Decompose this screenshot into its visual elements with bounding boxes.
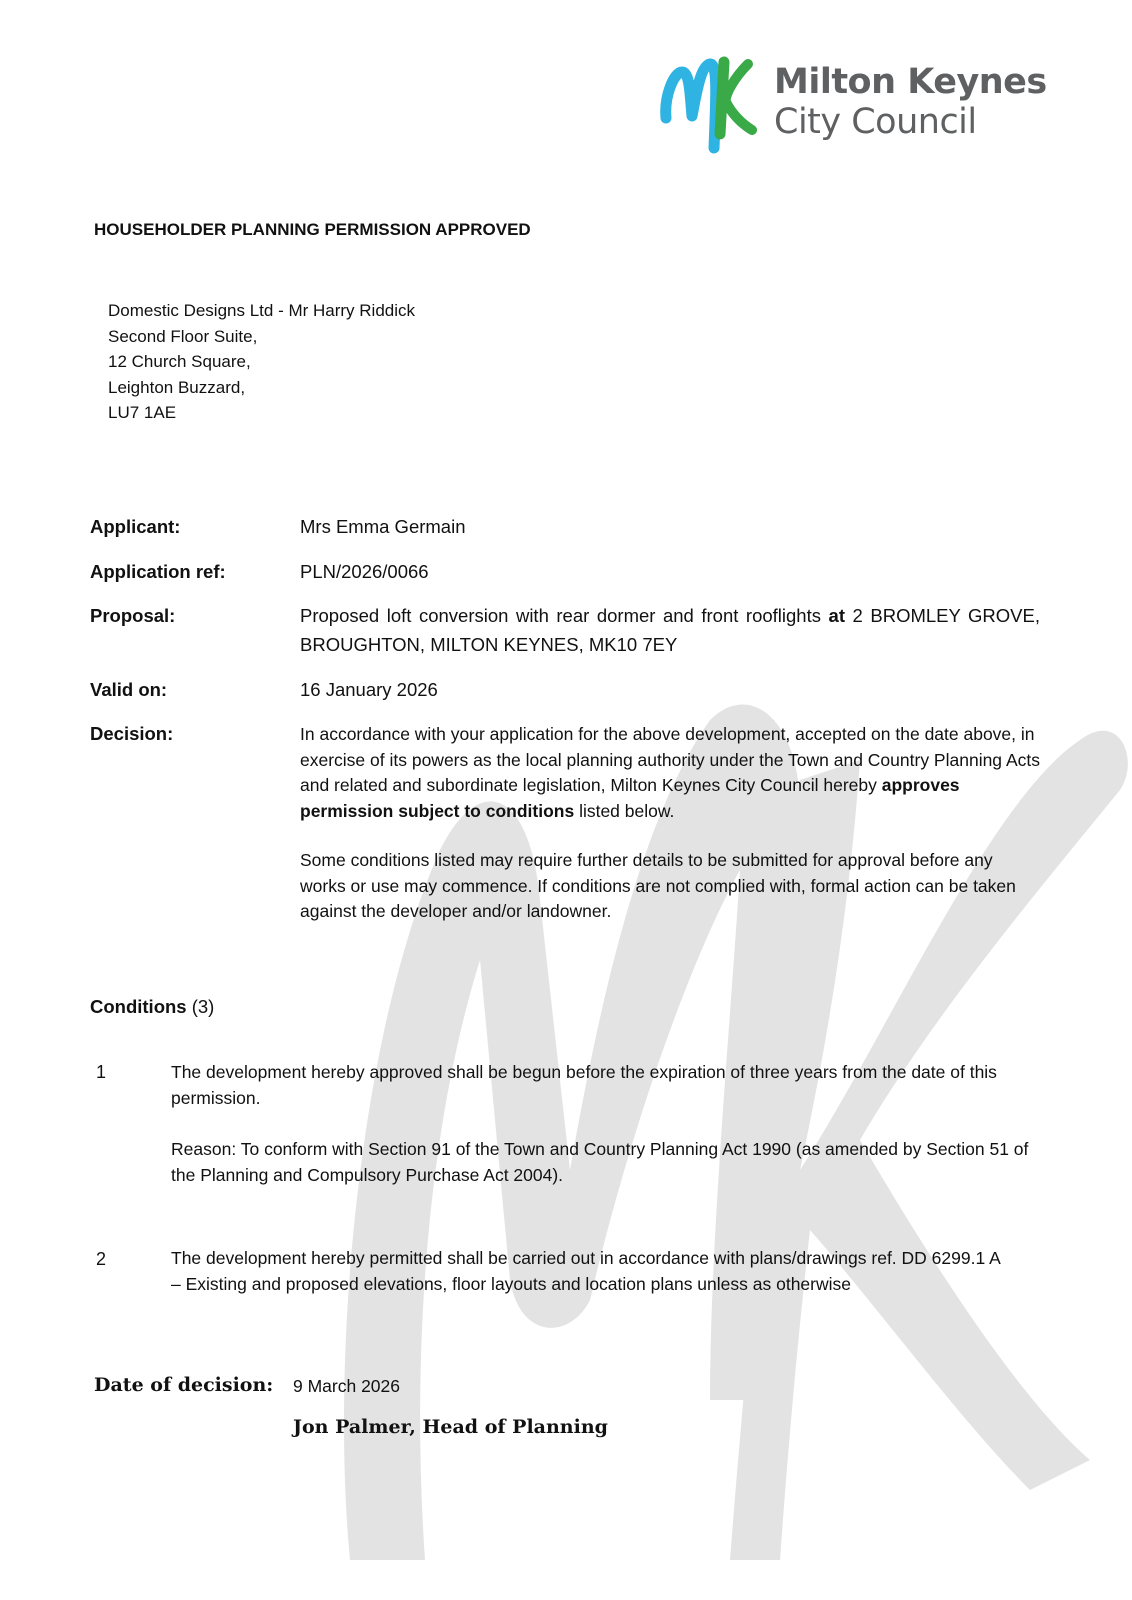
council-name-line1: Milton Keynes [774, 62, 1047, 102]
conditions-heading: Conditions (3) [90, 996, 214, 1018]
valid-on-label: Valid on: [90, 679, 167, 701]
address-line: Domestic Designs Ltd - Mr Harry Riddick [108, 298, 415, 324]
conditions-count: (3) [192, 996, 215, 1017]
condition-text: The development hereby approved shall be… [171, 1060, 1051, 1111]
signatory: Jon Palmer, Head of Planning [293, 1416, 608, 1438]
decision-paragraph-2: Some conditions listed may require furth… [300, 848, 1040, 925]
applicant-value: Mrs Emma Germain [300, 516, 466, 538]
decision-label: Decision: [90, 723, 173, 745]
condition-number: 1 [96, 1062, 106, 1083]
condition-item: The development hereby approved shall be… [171, 1060, 1051, 1214]
date-of-decision-value: 9 March 2026 [293, 1376, 400, 1397]
applicant-label: Applicant: [90, 516, 180, 538]
condition-number: 2 [96, 1249, 106, 1270]
council-name-line2: City Council [774, 102, 1047, 142]
application-ref-label: Application ref: [90, 561, 226, 583]
proposal-connector: at [829, 605, 845, 626]
council-logo: Milton Keynes City Council [664, 56, 1054, 156]
proposal-value: Proposed loft conversion with rear dorme… [300, 601, 1040, 659]
date-of-decision-label: Date of decision: [94, 1374, 273, 1396]
decision-text: In accordance with your application for … [300, 722, 1040, 949]
condition-reason: Reason: To conform with Section 91 of th… [171, 1137, 1051, 1188]
proposal-text: Proposed loft conversion with rear dorme… [300, 605, 821, 626]
address-line: Second Floor Suite, [108, 324, 415, 350]
proposal-label: Proposal: [90, 605, 175, 627]
mk-logo-icon [660, 56, 760, 156]
document-title: HOUSEHOLDER PLANNING PERMISSION APPROVED [94, 220, 531, 240]
condition-text: The development hereby permitted shall b… [171, 1246, 1001, 1297]
address-line: LU7 1AE [108, 400, 415, 426]
address-line: Leighton Buzzard, [108, 375, 415, 401]
condition-item: The development hereby permitted shall b… [171, 1246, 1001, 1323]
valid-on-value: 16 January 2026 [300, 679, 438, 701]
decision-paragraph-1: In accordance with your application for … [300, 722, 1040, 824]
application-ref-value: PLN/2026/0066 [300, 561, 429, 583]
address-line: 12 Church Square, [108, 349, 415, 375]
recipient-address: Domestic Designs Ltd - Mr Harry Riddick … [108, 298, 415, 426]
